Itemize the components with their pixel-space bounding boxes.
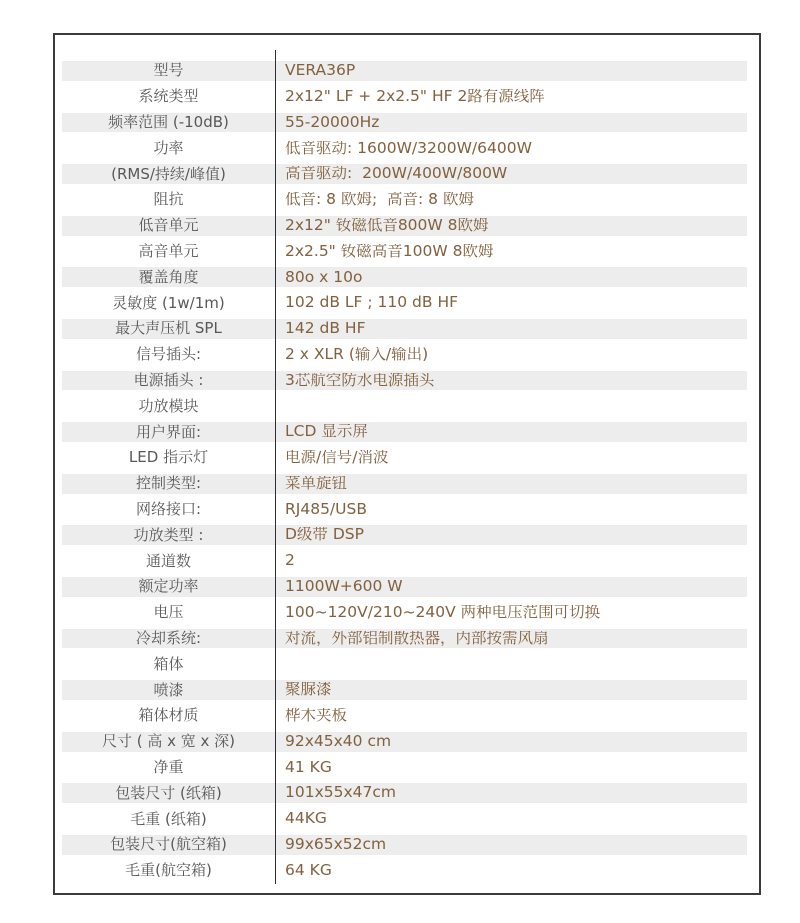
spec-value: 99x65x52cm — [275, 837, 747, 853]
table-row: 最大声压机 SPL 142 dB HF — [62, 316, 747, 342]
table-row: 控制类型: 菜单旋钮 — [62, 471, 747, 497]
table-row: 箱体材质 桦木夹板 — [62, 703, 747, 729]
table-row: 箱体 — [62, 651, 747, 677]
spec-table: 型号 VERA36P 系统类型 2x12" LF + 2x2.5" HF 2路有… — [62, 58, 747, 884]
spec-value: D级带 DSP — [275, 527, 747, 543]
spec-value: 菜单旋钮 — [275, 476, 747, 492]
table-row: 包装尺寸 (纸箱) 101x55x47cm — [62, 780, 747, 806]
table-row: 信号插头: 2 x XLR (输入/输出) — [62, 342, 747, 368]
spec-label: 喷漆 — [62, 683, 275, 698]
table-row: 系统类型 2x12" LF + 2x2.5" HF 2路有源线阵 — [62, 84, 747, 110]
spec-label: 控制类型: — [62, 476, 275, 491]
spec-value: 高音驱动: 200W/400W/800W — [275, 166, 747, 182]
table-row: 净重 41 KG — [62, 755, 747, 781]
spec-value: 低音: 8 欧姆; 高音: 8 欧姆 — [275, 192, 747, 208]
spec-label: 功放模块 — [62, 399, 275, 414]
spec-label: 毛重(航空箱) — [62, 863, 275, 878]
table-row: 功放模块 — [62, 393, 747, 419]
table-row: 高音单元 2x2.5" 钕磁高音100W 8欧姆 — [62, 239, 747, 265]
spec-value: 2 — [275, 553, 747, 569]
table-row: 尺寸 ( 高 x 宽 x 深) 92x45x40 cm — [62, 729, 747, 755]
spec-label: 额定功率 — [62, 579, 275, 594]
spec-value: 聚脲漆 — [275, 682, 747, 698]
spec-value: 44KG — [275, 811, 747, 827]
table-row: 通道数 2 — [62, 548, 747, 574]
spec-value: 80o x 10o — [275, 270, 747, 286]
spec-value: 2x12" 钕磁低音800W 8欧姆 — [275, 218, 747, 234]
spec-label: (RMS/持续/峰值) — [62, 167, 275, 182]
table-row: 毛重 (纸箱) 44KG — [62, 806, 747, 832]
spec-label: 高音单元 — [62, 244, 275, 259]
spec-value: VERA36P — [275, 63, 747, 79]
spec-value: 41 KG — [275, 760, 747, 776]
table-row: 功率 低音驱动: 1600W/3200W/6400W — [62, 135, 747, 161]
spec-rows: 型号 VERA36P 系统类型 2x12" LF + 2x2.5" HF 2路有… — [62, 58, 747, 884]
spec-value: 55-20000Hz — [275, 115, 747, 131]
spec-label: 阻抗 — [62, 192, 275, 207]
spec-label: 信号插头: — [62, 347, 275, 362]
spec-value: 对流，外部铝制散热器，内部按需风扇 — [275, 631, 747, 647]
spec-label: 功率 — [62, 141, 275, 156]
table-row: 灵敏度 (1w/1m) 102 dB LF ; 110 dB HF — [62, 290, 747, 316]
table-row: 覆盖角度 80o x 10o — [62, 264, 747, 290]
spec-label: 毛重 (纸箱) — [62, 812, 275, 827]
spec-value: 桦木夹板 — [275, 708, 747, 724]
spec-label: 箱体材质 — [62, 708, 275, 723]
spec-label: 用户界面: — [62, 425, 275, 440]
spec-label: 冷却系统: — [62, 631, 275, 646]
spec-value: LCD 显示屏 — [275, 424, 747, 440]
table-row: (RMS/持续/峰值) 高音驱动: 200W/400W/800W — [62, 161, 747, 187]
spec-value: 142 dB HF — [275, 321, 747, 337]
spec-value: 64 KG — [275, 863, 747, 879]
spec-value: 2x2.5" 钕磁高音100W 8欧姆 — [275, 244, 747, 260]
spec-label: 包装尺寸 (纸箱) — [62, 786, 275, 801]
spec-label: 净重 — [62, 760, 275, 775]
table-row: 喷漆 聚脲漆 — [62, 677, 747, 703]
spec-label: 包装尺寸(航空箱) — [62, 837, 275, 852]
spec-value: 低音驱动: 1600W/3200W/6400W — [275, 141, 747, 157]
spec-label: 低音单元 — [62, 218, 275, 233]
column-divider — [275, 50, 276, 884]
spec-value: 2 x XLR (输入/输出) — [275, 347, 747, 363]
table-row: 毛重(航空箱) 64 KG — [62, 858, 747, 884]
spec-label: 尺寸 ( 高 x 宽 x 深) — [62, 734, 275, 749]
spec-value: 2x12" LF + 2x2.5" HF 2路有源线阵 — [275, 89, 747, 105]
table-row: 功放类型 : D级带 DSP — [62, 522, 747, 548]
table-row: 冷却系统: 对流，外部铝制散热器，内部按需风扇 — [62, 626, 747, 652]
spec-value: 100~120V/210~240V 两种电压范围可切换 — [275, 605, 747, 621]
spec-label: 灵敏度 (1w/1m) — [62, 296, 275, 311]
spec-value: 1100W+600 W — [275, 579, 747, 595]
spec-label: 电压 — [62, 605, 275, 620]
spec-label: 网络接口: — [62, 502, 275, 517]
spec-label: 功放类型 : — [62, 528, 275, 543]
table-row: 电源插头 : 3芯航空防水电源插头 — [62, 368, 747, 394]
spec-value: 3芯航空防水电源插头 — [275, 373, 747, 389]
spec-label: 频率范围 (-10dB) — [62, 115, 275, 130]
spec-value: 101x55x47cm — [275, 785, 747, 801]
spec-sheet: 型号 VERA36P 系统类型 2x12" LF + 2x2.5" HF 2路有… — [53, 33, 761, 895]
table-row: 网络接口: RJ485/USB — [62, 497, 747, 523]
table-row: 电压 100~120V/210~240V 两种电压范围可切换 — [62, 600, 747, 626]
spec-value: 102 dB LF ; 110 dB HF — [275, 295, 747, 311]
spec-value: 电源/信号/消波 — [275, 450, 747, 466]
spec-label: 型号 — [62, 63, 275, 78]
spec-label: 系统类型 — [62, 89, 275, 104]
table-row: 型号 VERA36P — [62, 58, 747, 84]
table-row: 阻抗 低音: 8 欧姆; 高音: 8 欧姆 — [62, 187, 747, 213]
spec-label: 箱体 — [62, 657, 275, 672]
spec-value: 92x45x40 cm — [275, 734, 747, 750]
table-row: LED 指示灯 电源/信号/消波 — [62, 445, 747, 471]
table-row: 额定功率 1100W+600 W — [62, 574, 747, 600]
spec-value: RJ485/USB — [275, 502, 747, 518]
spec-label: 通道数 — [62, 554, 275, 569]
table-row: 频率范围 (-10dB) 55-20000Hz — [62, 110, 747, 136]
table-row: 包装尺寸(航空箱) 99x65x52cm — [62, 832, 747, 858]
spec-label: 电源插头 : — [62, 373, 275, 388]
spec-label: 最大声压机 SPL — [62, 321, 275, 336]
spec-label: 覆盖角度 — [62, 270, 275, 285]
table-row: 用户界面: LCD 显示屏 — [62, 419, 747, 445]
spec-label: LED 指示灯 — [62, 450, 275, 465]
table-row: 低音单元 2x12" 钕磁低音800W 8欧姆 — [62, 213, 747, 239]
